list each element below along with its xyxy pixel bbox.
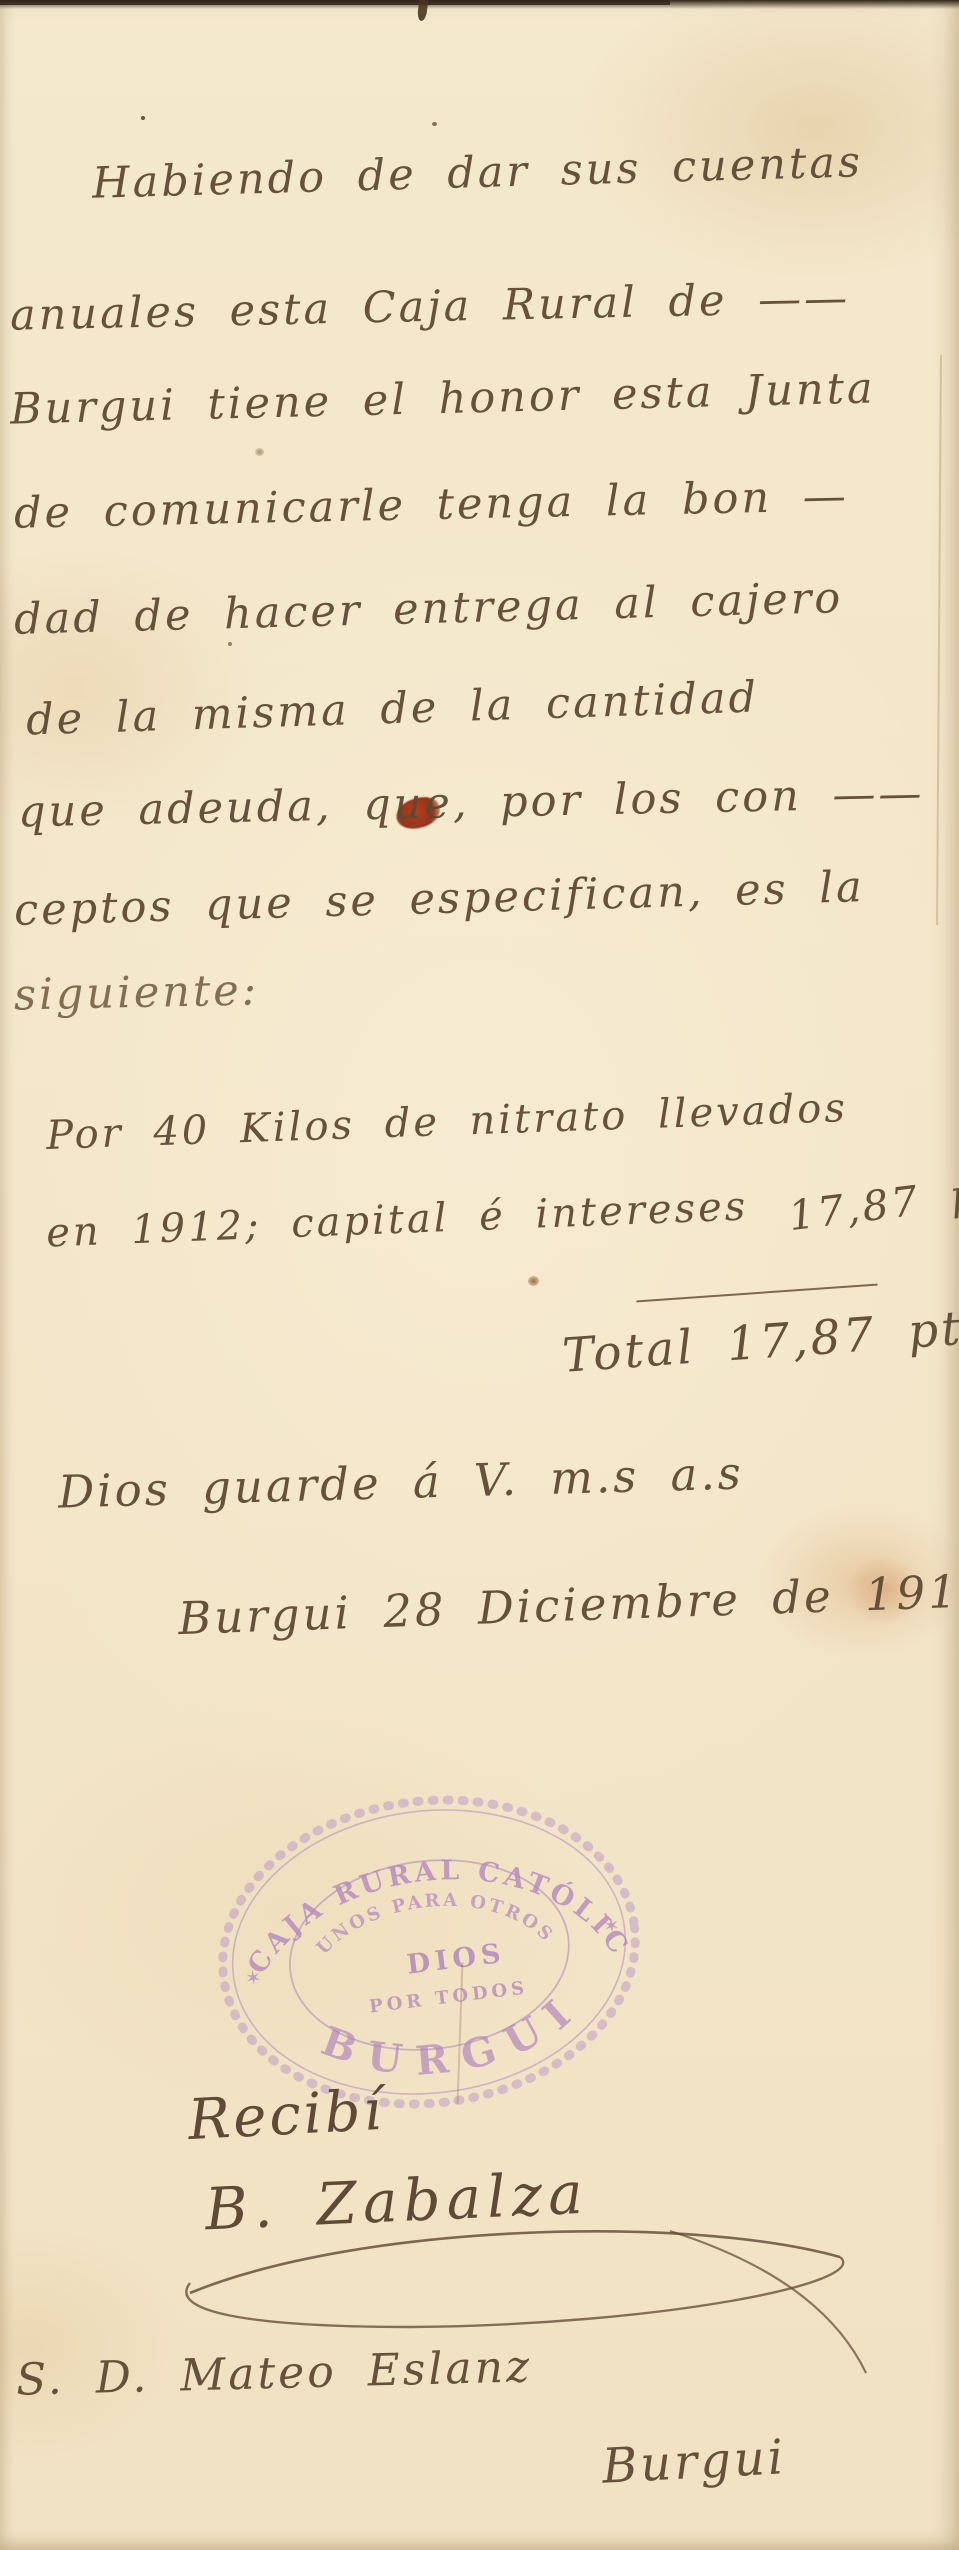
total-label: Total	[561, 1320, 697, 1384]
letter-line-2: anuales esta Caja Rural de ——	[10, 277, 851, 338]
paper-speck	[141, 116, 145, 120]
paper-crease	[936, 355, 942, 925]
stamp-center-text: DIOS	[405, 1938, 507, 1981]
addressee-place: Burgui	[601, 2433, 787, 2491]
rubber-stamp-graphic: CAJA RURAL CATÓLICA UNOS PARA OTROS DIOS…	[195, 1768, 663, 2136]
ink-dot-stain	[528, 1276, 539, 1286]
place-date-line: Burgui 28 Diciembre de 1915	[177, 1568, 959, 1641]
stamp-star-right-icon: ✶	[602, 1913, 622, 1939]
letter-line-1: Habiendo de dar sus cuentas	[92, 141, 864, 206]
rubric-stroke	[190, 2231, 840, 2293]
paper-speck	[255, 448, 264, 456]
addressee-line: S. D. Mateo Eslanz	[16, 2345, 533, 2402]
account-item-amount: 17,87 pts	[786, 1168, 959, 1237]
scanned-letter: Habiendo de dar sus cuentas anuales esta…	[0, 0, 959, 2550]
rubric-stroke	[186, 2257, 843, 2327]
letter-line-6: de la misma de la cantidad	[26, 676, 760, 742]
total-overline	[636, 1284, 878, 1303]
total-amount: 17,87 pts	[725, 1299, 959, 1372]
rubric-stroke	[670, 2231, 866, 2373]
paper-speck	[228, 642, 232, 646]
letter-line-7: que adeuda, que, por los con ——	[18, 773, 925, 835]
received-label: Recibí	[187, 2083, 386, 2149]
stamp-center-sub-text: POR TODOS	[368, 1977, 529, 2017]
letter-line-4: de comunicarle tenga la bon —	[14, 475, 849, 535]
letter-line-5: dad de hacer entrega al cajero	[14, 577, 844, 642]
letter-line-8: ceptos que se especifican, es la	[14, 866, 866, 933]
account-item-line-2: en 1912; capital é intereses	[45, 1187, 748, 1254]
account-item-line-1: Por 40 Kilos de nitrato llevados	[46, 1088, 849, 1156]
ink-mark-top	[417, 0, 428, 21]
paper-speck	[432, 122, 437, 126]
total-line: Total 17,87 pts	[561, 1303, 959, 1380]
stamp-star-left-icon: ✶	[243, 1965, 263, 1991]
rubber-stamp: CAJA RURAL CATÓLICA UNOS PARA OTROS DIOS…	[195, 1768, 663, 2136]
scan-top-edge-dark	[0, 0, 670, 5]
letter-line-9: siguiente:	[14, 969, 260, 1017]
letter-line-3: Burgui tiene el honor esta Junta	[10, 367, 876, 431]
salutation-line: Dios guarde á V. m.s a.s	[58, 1450, 745, 1514]
